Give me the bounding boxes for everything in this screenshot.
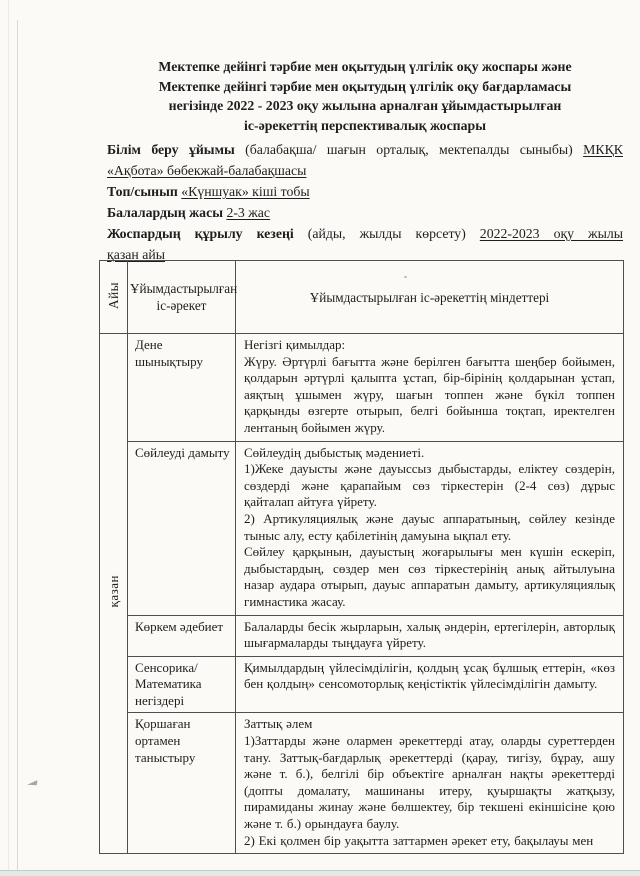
- scan-bottom-edge: [0, 870, 640, 876]
- info-text: (айды, жылды көрсету): [308, 226, 480, 241]
- activity-cell: Сөйлеуді дамыту: [128, 441, 236, 615]
- info-value: 2-3 жас: [226, 205, 270, 220]
- table-row: Сөйлеуді дамыту Сөйлеудің дыбыстық мәден…: [100, 441, 624, 615]
- info-text: (балабақша/ шағын орталық, мектепалды сы…: [235, 142, 583, 157]
- activity-cell: Қоршаған ортамен таныстыру: [128, 713, 236, 854]
- info-value: «Ақбота» бөбекжай-балабақшасы: [107, 163, 306, 178]
- info-line-organization-name: «Ақбота» бөбекжай-балабақшасы: [107, 160, 623, 181]
- table-header-row: Айы Ұйымдастырылған іс-әрекет Ұйымдастыр…: [100, 261, 624, 334]
- info-value: 2022-2023 оқу жылы: [480, 226, 623, 241]
- header-month: Айы: [100, 261, 128, 334]
- info-label: Білім беру ұйымы: [107, 142, 235, 157]
- scan-speck-artifact: [404, 276, 407, 278]
- tasks-cell: Негізгі қимылдар: Жүру. Әртүрлі бағытта …: [236, 334, 624, 442]
- table-row: Көркем әдебиет Балаларды бесік жырларын,…: [100, 615, 624, 656]
- document-content: Мектепке дейінгі тәрбие мен оқытудың үлг…: [107, 0, 623, 265]
- plan-table: Айы Ұйымдастырылған іс-әрекет Ұйымдастыр…: [99, 260, 624, 854]
- document-title: Мектепке дейінгі тәрбие мен оқытудың үлг…: [107, 0, 623, 135]
- table-row: қазан Дене шынықтыру Негізгі қимылдар: Ж…: [100, 334, 624, 442]
- month-cell: қазан: [100, 334, 128, 854]
- info-value: «Күншуак» кіші тобы: [181, 184, 309, 199]
- activity-cell: Дене шынықтыру: [128, 334, 236, 442]
- tasks-cell: Балаларды бесік жырларын, халық әндерін,…: [236, 615, 624, 656]
- activity-cell: Көркем әдебиет: [128, 615, 236, 656]
- info-line-children-age: Балалардың жасы 2-3 жас: [107, 202, 623, 223]
- info-line-organization: Білім беру ұйымы (балабақша/ шағын ортал…: [107, 139, 623, 160]
- tasks-cell: Заттық әлем 1)Заттарды және олармен әрек…: [236, 713, 624, 854]
- pen-mark-artifact: [27, 780, 39, 787]
- table-row: Сенсорика/ Математика негіздері Қимылдар…: [100, 656, 624, 713]
- table-row: Қоршаған ортамен таныстыру Заттық әлем 1…: [100, 713, 624, 854]
- tasks-cell: Сөйлеудің дыбыстық мәдениеті. 1)Жеке дау…: [236, 441, 624, 615]
- header-activity: Ұйымдастырылған іс-әрекет: [128, 261, 236, 334]
- info-line-plan-period: Жоспардың құрылу кезеңі (айды, жылды көр…: [107, 223, 623, 244]
- info-line-group: Топ/сынып «Күншуак» кіші тобы: [107, 181, 623, 202]
- info-value: МКҚК: [583, 142, 623, 157]
- month-value: қазан: [106, 575, 122, 607]
- activity-cell: Сенсорика/ Математика негіздері: [128, 656, 236, 713]
- scanned-document-page: Мектепке дейінгі тәрбие мен оқытудың үлг…: [0, 0, 640, 876]
- header-month-label: Айы: [105, 282, 122, 309]
- scan-edge-artifact-outer: [8, 0, 9, 876]
- info-label: Жоспардың құрылу кезеңі: [107, 226, 308, 241]
- scan-edge-artifact-inner: [17, 20, 18, 876]
- document-info-block: Білім беру ұйымы (балабақша/ шағын ортал…: [107, 139, 623, 265]
- info-label: Топ/сынып: [107, 184, 181, 199]
- tasks-cell: Қимылдардың үйлесімділігін, қолдың ұсақ …: [236, 656, 624, 713]
- info-label: Балалардың жасы: [107, 205, 226, 220]
- header-tasks: Ұйымдастырылған іс-әрекеттің міндеттері: [236, 261, 624, 334]
